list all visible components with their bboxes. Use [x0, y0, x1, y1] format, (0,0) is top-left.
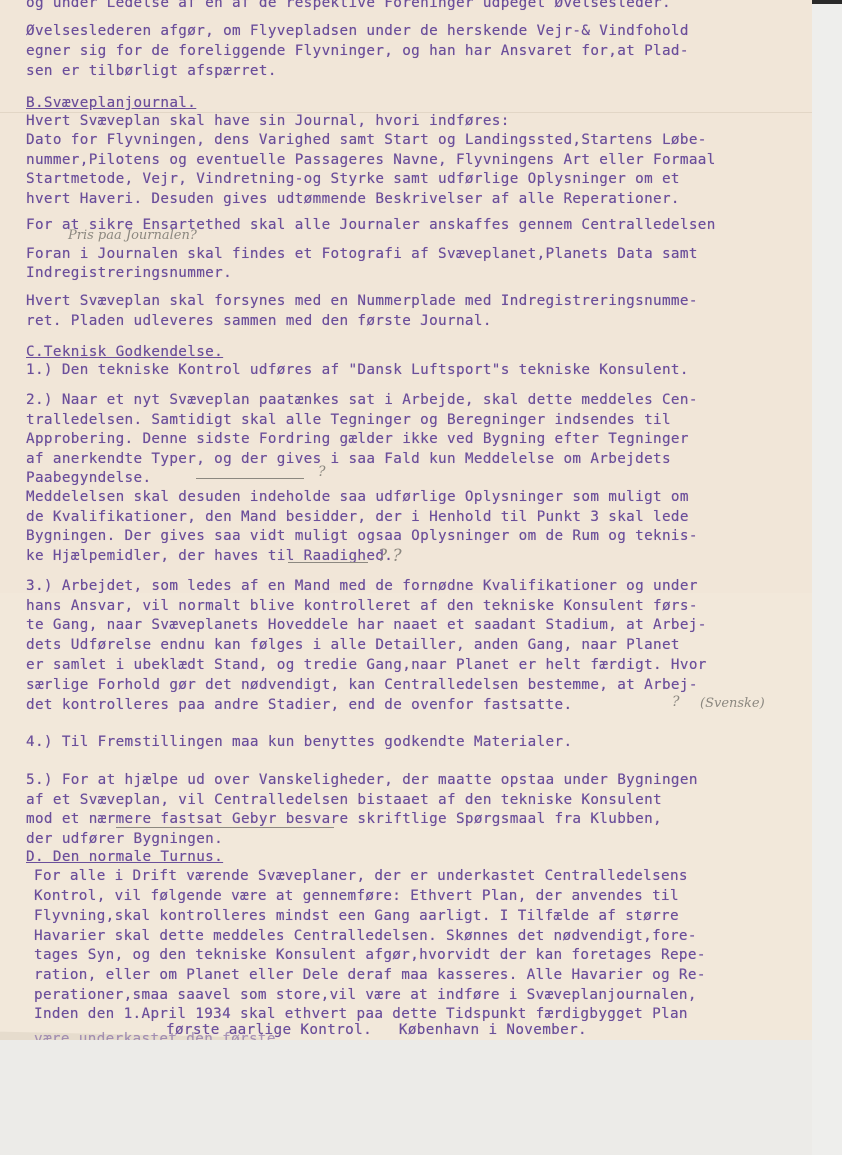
handwritten-line	[196, 478, 304, 479]
section-c-item-2-line: Approbering. Denne sidste Fordring gælde…	[26, 430, 689, 450]
section-c-item-2-line: Bygningen. Der gives saa vidt muligt ogs…	[26, 527, 698, 547]
section-d-line: tages Syn, og den tekniske Konsulent afg…	[34, 946, 706, 966]
intro-line: sen er tilbørligt afspærret.	[26, 62, 277, 82]
handwritten-annotation: (Svenske)	[700, 696, 765, 711]
handwritten-underline	[116, 827, 334, 828]
section-d-line: Havarier skal dette meddeles Centrallede…	[34, 927, 697, 947]
section-b-heading: B.Svæveplanjournal.	[26, 94, 196, 114]
section-d-line: For alle i Drift værende Svæveplaner, de…	[34, 867, 688, 887]
section-c-item-3-line: det kontrolleres paa andre Stadier, end …	[26, 696, 572, 716]
section-d-line: Kontrol, vil følgende være at gennemføre…	[34, 887, 679, 907]
section-c-item-2-line: ke Hjælpemidler, der haves til Raadighed…	[26, 547, 393, 567]
section-c-item-3-line: te Gang, naar Svæveplanets Hoveddele har…	[26, 616, 707, 636]
section-c-item-5-line: der udfører Bygningen.	[26, 830, 223, 850]
intro-line: og under Ledelse af en af de respektive …	[26, 0, 671, 14]
section-b-para2-line: Foran i Journalen skal findes et Fotogra…	[26, 245, 698, 265]
section-c-item-3-line: særlige Forhold gør det nødvendigt, kan …	[26, 676, 698, 696]
handwritten-question-marks: ? ?	[378, 546, 402, 566]
intro-line: egner sig for de foreliggende Flyvninger…	[26, 42, 689, 62]
section-b-line: nummer,Pilotens og eventuelle Passageres…	[26, 151, 716, 171]
section-c-item-3-line: 3.) Arbejdet, som ledes af en Mand med d…	[26, 577, 698, 597]
handwritten-note: Pris paa Journalen?	[68, 228, 197, 243]
section-c-item-2-line: 2.) Naar et nyt Svæveplan paatænkes sat …	[26, 391, 698, 411]
section-c-item-3-line: hans Ansvar, vil normalt blive kontrolle…	[26, 597, 698, 617]
section-c-item-1: 1.) Den tekniske Kontrol udføres af "Dan…	[26, 361, 689, 381]
section-c-item-4: 4.) Til Fremstillingen maa kun benyttes …	[26, 733, 572, 753]
section-b-line: Startmetode, Vejr, Vindretning-og Styrke…	[26, 170, 680, 190]
handwritten-question-mark: ?	[672, 694, 680, 710]
scan-background	[812, 4, 842, 1155]
typewritten-page: og under Ledelse af en af de respektive …	[0, 0, 812, 1040]
section-c-item-2-line: tralledelsen. Samtidigt skal alle Tegnin…	[26, 411, 671, 431]
section-c-item-3-line: dets Udførelse endnu kan følges i alle D…	[26, 636, 680, 656]
section-c-item-2-line: Meddelelsen skal desuden indeholde saa u…	[26, 488, 689, 508]
section-c-item-2-line: Paabegyndelse.	[26, 469, 151, 489]
section-d-line: ration, eller om Planet eller Dele deraf…	[34, 966, 706, 986]
section-b-line: Dato for Flyvningen, dens Varighed samt …	[26, 131, 707, 151]
section-d-torn-line: være underkastet den første	[34, 1030, 276, 1040]
section-d-line: Flyvning,skal kontrolleres mindst een Ga…	[34, 907, 679, 927]
section-b-para3-line: ret. Pladen udleveres sammen med den før…	[26, 312, 492, 332]
section-b-para2-line: Indregistreringsnummer.	[26, 264, 232, 284]
section-c-item-3-line: er samlet i ubeklædt Stand, og tredie Ga…	[26, 656, 707, 676]
section-c-item-2-line: af anerkendte Typer, og der gives i saa …	[26, 450, 671, 470]
section-c-item-5-line: af et Svæveplan, vil Centralledelsen bis…	[26, 791, 662, 811]
section-c-item-5-line: 5.) For at hjælpe ud over Vanskeligheder…	[26, 771, 698, 791]
section-b-para3-line: Hvert Svæveplan skal forsynes med en Num…	[26, 292, 698, 312]
section-d-heading: D. Den normale Turnus.	[26, 848, 223, 868]
section-b-line: Hvert Svæveplan skal have sin Journal, h…	[26, 112, 510, 132]
section-c-item-2-line: de Kvalifikationer, den Mand besidder, d…	[26, 508, 689, 528]
intro-line: Øvelseslederen afgør, om Flyvepladsen un…	[26, 22, 689, 42]
handwritten-question-mark: ?	[318, 464, 326, 480]
section-c-heading: C.Teknisk Godkendelse.	[26, 343, 223, 363]
section-d-line: perationer,smaa saavel som store,vil vær…	[34, 986, 697, 1006]
handwritten-line	[288, 562, 368, 563]
section-b-line: hvert Haveri. Desuden gives udtømmende B…	[26, 190, 680, 210]
